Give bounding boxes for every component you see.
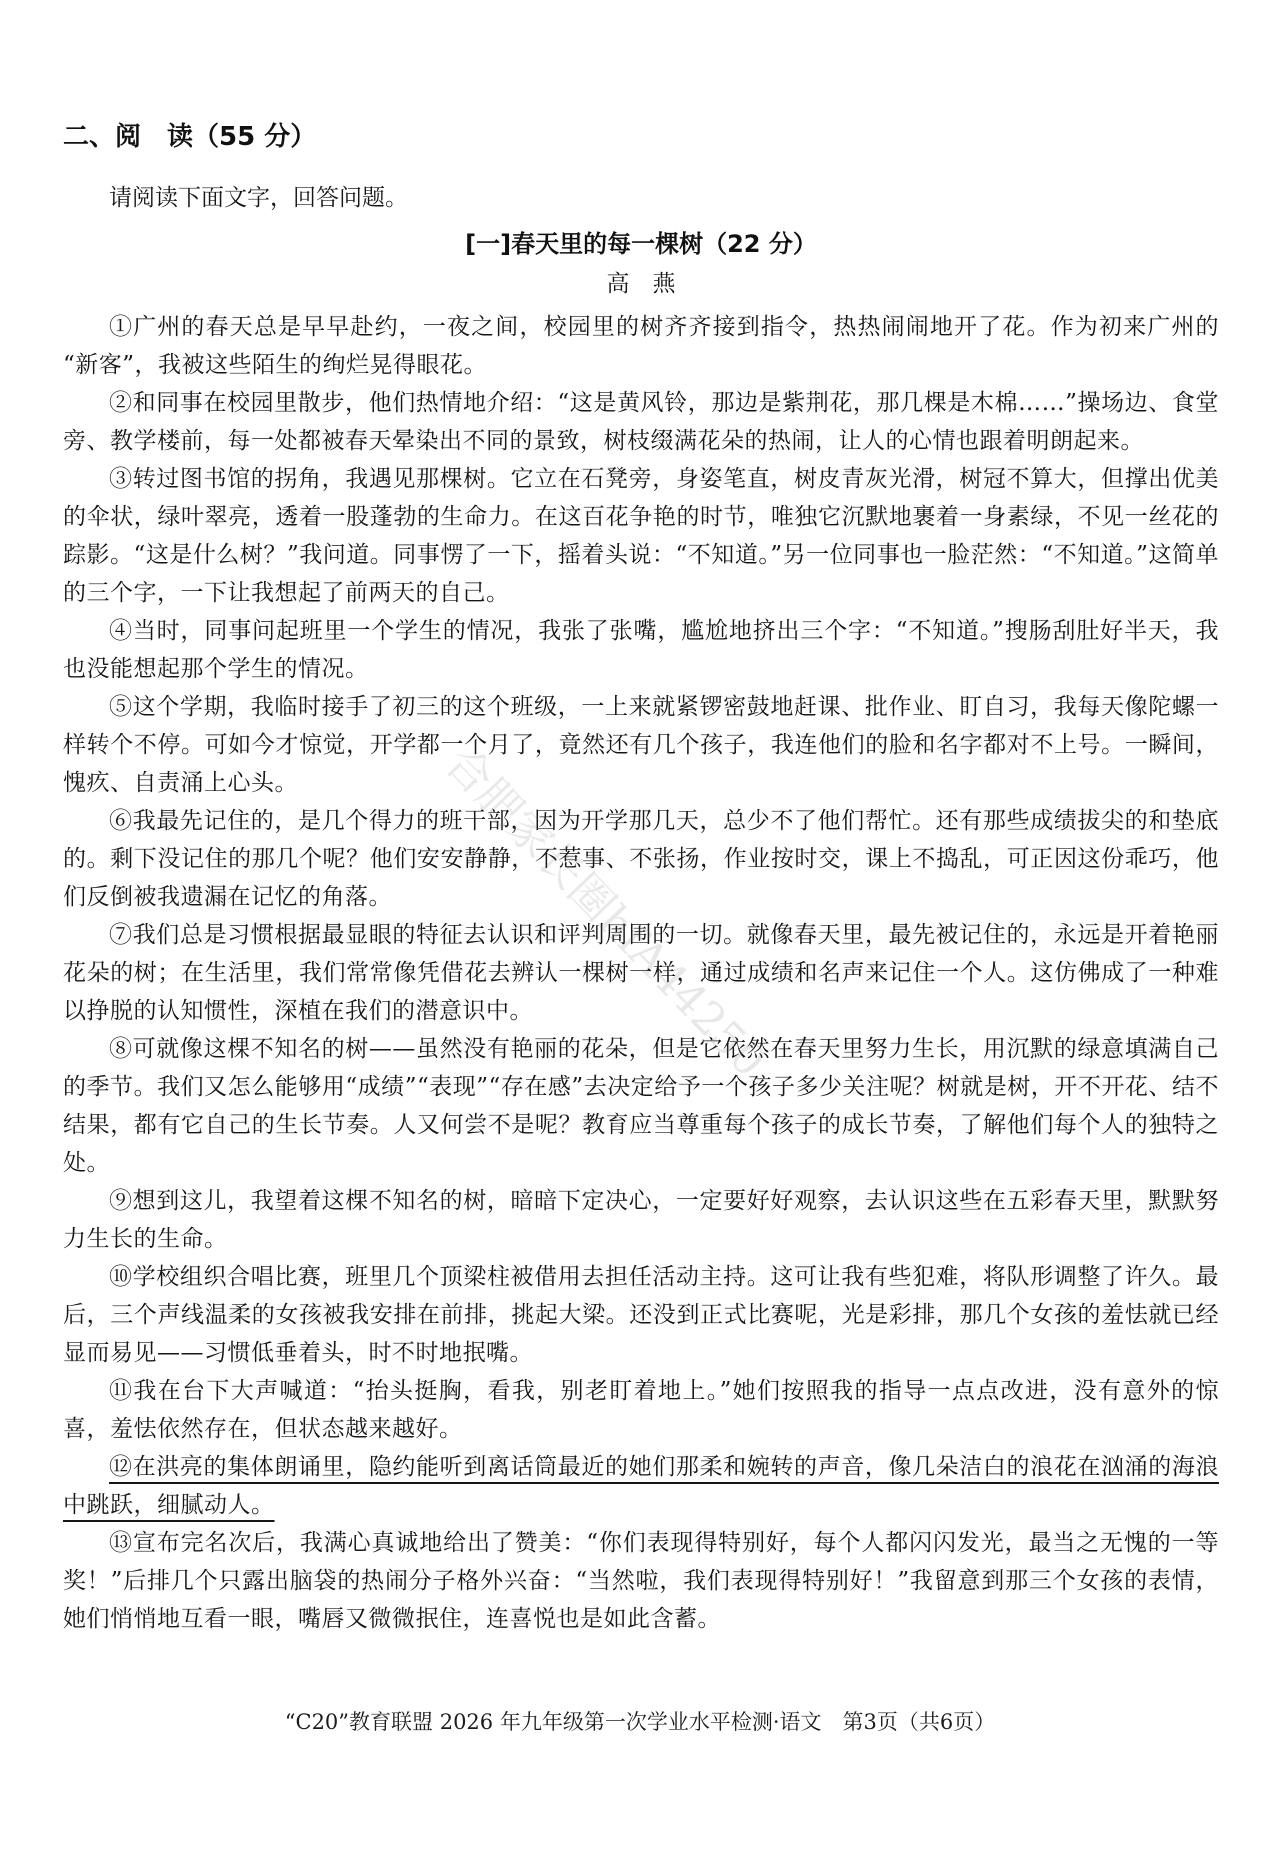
paragraph: ③转过图书馆的拐角，我遇见那棵树。它立在石凳旁，身姿笔直，树皮青灰光滑，树冠不算… [63,460,1219,612]
paragraph: ⑧可就像这棵不知名的树——虽然没有艳丽的花朵，但是它依然在春天里努力生长，用沉默… [63,1030,1219,1182]
paragraph: ⑬宣布完名次后，我满心真诚地给出了赞美：“你们表现得特别好，每个人都闪闪发光，最… [63,1524,1219,1638]
paragraph: ⑥我最先记住的，是几个得力的班干部，因为开学那几天，总少不了他们帮忙。还有那些成… [63,802,1219,916]
article-title: [一]春天里的每一棵树（22 分） [63,224,1219,264]
reading-section: 二、阅 读（55 分） 请阅读下面文字，回答问题。 [一]春天里的每一棵树（22… [63,118,1219,1638]
article-paragraphs: ①广州的春天总是早早赴约，一夜之间，校园里的树齐齐接到指令，热热闹闹地开了花。作… [63,308,1219,1638]
page-footer: “C20”教育联盟 2026 年九年级第一次学业水平检测·语文 第3页（共6页） [0,1705,1280,1739]
paragraph: ⑤这个学期，我临时接手了初三的这个班级，一上来就紧锣密鼓地赶课、批作业、盯自习，… [63,688,1219,802]
paragraph: ⑩学校组织合唱比赛，班里几个顶梁柱被借用去担任活动主持。这可让我有些犯难，将队形… [63,1258,1219,1372]
paragraph: ⑨想到这儿，我望着这棵不知名的树，暗暗下定决心，一定要好好观察，去认识这些在五彩… [63,1182,1219,1258]
paragraph: ⑦我们总是习惯根据最显眼的特征去认识和评判周围的一切。就像春天里，最先被记住的，… [63,916,1219,1030]
paragraph: ①广州的春天总是早早赴约，一夜之间，校园里的树齐齐接到指令，热热闹闹地开了花。作… [63,308,1219,384]
paragraph: ④当时，同事问起班里一个学生的情况，我张了张嘴，尴尬地挤出三个字：“不知道。”搜… [63,612,1219,688]
paragraph: ②和同事在校园里散步，他们热情地介绍：“这是黄风铃，那边是紫荆花，那几棵是木棉…… [63,384,1219,460]
reading-instruction: 请阅读下面文字，回答问题。 [63,178,1219,218]
paragraph-underlined: ⑫在洪亮的集体朗诵里，隐约能听到离话筒最近的她们那柔和婉转的声音，像几朵洁白的浪… [63,1448,1219,1524]
paragraph: ⑪我在台下大声喊道：“抬头挺胸，看我，别老盯着地上。”她们按照我的指导一点点改进… [63,1372,1219,1448]
article-author: 高 燕 [63,264,1219,304]
section-heading: 二、阅 读（55 分） [63,118,1219,156]
exam-page: 合肥家长圈hfA44250 二、阅 读（55 分） 请阅读下面文字，回答问题。 … [0,0,1280,1853]
